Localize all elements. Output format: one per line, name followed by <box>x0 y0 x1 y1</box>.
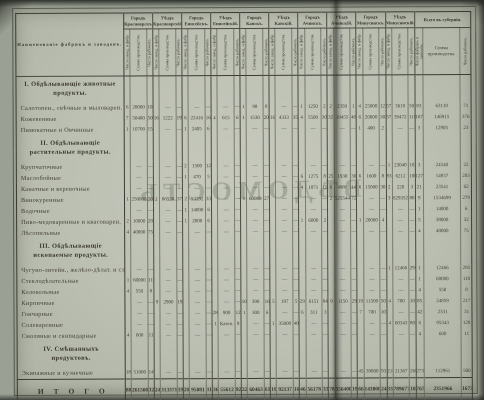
value-cell: — <box>276 308 293 319</box>
value-cell: 1 <box>415 274 423 285</box>
value-cell: — <box>392 123 409 134</box>
row-label: Канатные и веревочные <box>16 184 124 195</box>
value-cell <box>334 75 351 102</box>
value-cell: 500 <box>461 366 472 378</box>
value-cell: — <box>218 183 235 194</box>
value-cell: — <box>160 275 177 286</box>
value-cell: 1871 <box>305 183 322 194</box>
subcolumn-header: Сумма производства. <box>304 28 321 75</box>
value-cell: — <box>189 227 206 238</box>
value-cell: 1 <box>415 204 423 215</box>
value-cell: 700 <box>364 307 381 318</box>
value-cell: — <box>306 319 323 330</box>
subcolumn-header: Сумма производства. <box>362 28 379 75</box>
value-cell: — <box>334 275 351 286</box>
value-cell: — <box>218 286 235 297</box>
value-cell: 1530 <box>247 113 264 124</box>
value-cell: — <box>334 227 351 238</box>
document-page: ВѢДОМОСТЬ Наименованіе фабрикъ и заводов… <box>12 6 478 396</box>
value-cell <box>392 75 409 102</box>
value-cell: — <box>335 319 352 330</box>
value-cell: 295 <box>461 263 472 274</box>
value-cell: 39800 <box>364 366 381 378</box>
value-cell <box>131 341 148 367</box>
value-cell: 60463 <box>248 378 265 400</box>
value-cell: 600 <box>424 329 461 340</box>
subcolumn-header: Сумма производства. <box>217 29 234 76</box>
value-cell: 23 <box>460 123 471 134</box>
value-cell: — <box>247 183 264 194</box>
column-group-header: Городъ Ачинскъ. <box>298 12 327 28</box>
value-cell: 66530 <box>160 194 177 205</box>
value-cell: — <box>276 172 293 183</box>
value-cell: — <box>160 172 177 183</box>
name-column-header: Наименованіе фабрикъ и заводовъ. <box>16 13 124 76</box>
value-cell: — <box>247 205 264 216</box>
row-label: Крупчаточные <box>16 162 124 173</box>
value-cell <box>364 340 381 366</box>
value-cell: — <box>276 264 293 275</box>
value-cell: — <box>218 161 235 172</box>
value-cell: — <box>247 172 264 183</box>
row-label: Экипажные и кузнечные <box>17 368 125 380</box>
value-cell: 2405 <box>188 124 205 135</box>
value-cell: 20000 <box>363 215 380 226</box>
subcolumn-header-label: Число рабочихъ. <box>351 37 355 65</box>
subcolumn-header: Сумма производства. <box>246 28 263 75</box>
value-cell <box>461 340 472 366</box>
value-cell: — <box>393 285 410 296</box>
value-cell: — <box>160 308 177 319</box>
value-cell: 19455 <box>334 113 351 124</box>
value-cell: — <box>305 161 322 172</box>
value-cell: 23040 <box>392 160 409 171</box>
subcolumn-header: Сумма производства. <box>392 28 409 75</box>
value-cell <box>392 237 409 263</box>
value-cell <box>363 237 380 263</box>
value-cell: 4980 <box>334 183 351 194</box>
value-cell <box>306 341 323 367</box>
value-cell: 39472 <box>392 112 409 123</box>
subcolumn-header-label: Число рабочихъ. <box>235 38 239 66</box>
value-cell <box>276 135 293 161</box>
value-cell: — <box>363 204 380 215</box>
value-cell: — <box>188 102 205 113</box>
value-cell: — <box>335 330 352 341</box>
value-cell: — <box>305 286 322 297</box>
value-cell: 1150 <box>335 297 352 308</box>
value-cell: 2900 <box>160 297 177 308</box>
value-cell: — <box>218 264 235 275</box>
value-cell: — <box>189 308 206 319</box>
section-title-row: II. Обдѣлывающіе растительные продукты. <box>16 134 471 162</box>
value-cell: 767 <box>416 378 424 400</box>
subcolumn-header-label: Число рабочихъ. <box>463 37 467 65</box>
value-cell: 85 <box>416 296 424 307</box>
value-cell: 3 <box>415 160 423 171</box>
subcolumn-header: Число фабрикъ и заводовъ. <box>414 28 423 75</box>
subcolumn-header: Число завод. и фабр. <box>211 29 217 76</box>
value-cell: 55612 <box>219 379 236 400</box>
value-cell: — <box>160 330 177 341</box>
value-cell: 60000 <box>424 274 461 285</box>
value-cell <box>189 135 206 161</box>
value-cell <box>130 76 147 103</box>
value-cell: — <box>160 227 177 238</box>
value-cell <box>415 75 423 102</box>
value-cell: — <box>160 367 177 379</box>
subcolumn-header-label: Сумма производства. <box>398 33 402 69</box>
value-cell: 10000 <box>131 216 148 227</box>
value-cell: 112961 <box>424 366 461 378</box>
subcolumn-header-label: Число завод. и фабр. <box>212 35 216 70</box>
value-cell: 24859 <box>424 296 461 307</box>
subcolumn-header-label: Сумма производства. <box>423 45 459 57</box>
value-cell <box>305 135 322 161</box>
subcolumn-header-label: Число завод. и фабр. <box>183 35 187 70</box>
value-cell: 261500 <box>131 379 148 400</box>
subcolumn-header-label: Число рабочихъ. <box>293 38 297 66</box>
subcolumn-header: Сумма производства. <box>275 28 292 75</box>
value-cell: — <box>392 204 409 215</box>
value-cell: 14000 <box>423 204 460 215</box>
value-cell: — <box>306 367 323 379</box>
value-cell <box>416 340 424 366</box>
value-cell <box>304 75 321 102</box>
row-label: Маслобойные <box>16 173 124 184</box>
value-cell: — <box>276 183 293 194</box>
value-cell: 42 <box>416 307 424 318</box>
subcolumn-header-label: Число рабочихъ. <box>409 37 413 65</box>
value-cell: 4 <box>416 329 424 340</box>
value-cell: 2350 <box>334 102 351 113</box>
value-cell: 32 <box>461 215 472 226</box>
subcolumn-header-label: Сумма производства. <box>369 33 373 69</box>
subcolumn-header: Сумма производства. <box>423 28 461 75</box>
subcolumn-header-label: Число рабочихъ. <box>264 38 268 66</box>
value-cell: — <box>160 183 177 194</box>
value-cell: — <box>218 216 235 227</box>
value-cell <box>247 135 264 161</box>
value-cell <box>189 238 206 264</box>
value-cell: 2331 <box>424 307 461 318</box>
value-cell: 390 <box>247 297 264 308</box>
value-cell: — <box>364 285 381 296</box>
value-cell <box>305 238 322 264</box>
value-cell: — <box>159 102 176 113</box>
column-group-header: Уѣздъ Ачинскій. <box>327 12 356 28</box>
value-cell: 311 <box>306 308 323 319</box>
row-label: Лѣсопильные <box>17 228 125 239</box>
value-cell <box>334 135 351 161</box>
value-cell: — <box>189 183 206 194</box>
value-cell <box>415 237 423 263</box>
value-cell: — <box>393 329 410 340</box>
value-cell: 6151 <box>305 297 322 308</box>
value-cell: 22416 <box>188 113 205 124</box>
value-cell: — <box>364 274 381 285</box>
value-cell: — <box>160 319 177 330</box>
value-cell: 38000 <box>423 215 460 226</box>
row-label: Винокуренные <box>16 195 124 206</box>
subcolumn-header-label: Число рабочихъ. <box>380 37 384 65</box>
value-cell <box>159 76 176 103</box>
value-cell: 6 <box>416 318 424 329</box>
value-cell: — <box>276 205 293 216</box>
value-cell: — <box>218 227 235 238</box>
value-cell: 95343 <box>424 318 461 329</box>
row-label: Смоляные и скипидарные <box>17 331 125 342</box>
value-cell: — <box>131 183 148 194</box>
value-cell: 40000 <box>131 227 148 238</box>
value-cell: 197 <box>276 297 293 308</box>
value-cell: — <box>189 275 206 286</box>
value-cell: 4 <box>415 226 423 237</box>
value-cell <box>423 75 460 102</box>
value-cell: 12905 <box>423 123 460 134</box>
value-cell: — <box>247 124 264 135</box>
value-cell: — <box>160 205 177 216</box>
value-cell: 75 <box>461 226 472 237</box>
column-group-header: Городъ Канскъ. <box>240 12 269 28</box>
total-row-label: И Т О Г О <box>17 379 125 400</box>
value-cell: 1600 <box>363 171 380 182</box>
column-group-header: Городъ Красноярскъ. <box>124 13 153 29</box>
row-label: Кирпичные <box>17 298 125 309</box>
value-cell: 789677 <box>393 378 410 400</box>
value-cell <box>219 341 236 367</box>
value-cell: 146915 <box>423 112 460 123</box>
value-cell: 9 <box>415 193 423 204</box>
value-cell: — <box>131 172 148 183</box>
value-cell <box>393 340 410 366</box>
value-cell: — <box>247 275 264 286</box>
value-cell: — <box>363 160 380 171</box>
value-cell: 98 <box>247 102 264 113</box>
value-cell: 900 <box>218 308 235 319</box>
value-cell <box>460 75 471 102</box>
value-cell: — <box>276 216 293 227</box>
subcolumn-header: Число завод. и фабр. <box>124 29 130 76</box>
column-group-header: Всего въ губерніи. <box>414 12 470 28</box>
value-cell: 250000 <box>131 194 148 205</box>
value-cell: 313371 <box>161 379 178 400</box>
value-cell: — <box>334 205 351 216</box>
value-cell: 2000 <box>189 216 206 227</box>
value-cell: — <box>393 307 410 318</box>
value-cell: 600 <box>131 330 148 341</box>
value-cell: Казен. <box>218 319 235 330</box>
value-cell: — <box>131 264 148 275</box>
value-cell: 53292 <box>189 194 206 205</box>
value-cell: — <box>160 264 177 275</box>
value-cell: 14937 <box>423 171 460 182</box>
row-label: Гончарные <box>17 309 125 320</box>
value-cell: 629352 <box>392 193 409 204</box>
subcolumn-header-label: Число завод. и фабр. <box>241 34 245 69</box>
value-cell: 24540 <box>423 160 460 171</box>
value-cell <box>277 341 294 367</box>
section-title-row: III. Обдѣлывающіе ископаемые продукты. <box>17 237 472 265</box>
value-cell: 71 <box>460 101 471 112</box>
value-cell: — <box>392 215 409 226</box>
value-cell: — <box>218 275 235 286</box>
value-cell: 127 <box>415 171 423 182</box>
value-cell: 63110 <box>423 101 460 112</box>
value-cell: 23541 <box>423 182 460 193</box>
value-cell: — <box>334 286 351 297</box>
value-cell: — <box>363 226 380 237</box>
value-cell: — <box>218 194 235 205</box>
value-cell: 4333 <box>276 113 293 124</box>
value-cell: — <box>335 367 352 379</box>
value-cell: 22 <box>461 160 472 171</box>
value-cell <box>276 238 293 264</box>
value-cell <box>363 134 380 160</box>
scanned-photo-background: ВѢДОМОСТЬ Наименованіе фабрикъ и заводов… <box>0 0 484 400</box>
subcolumn-header: Сумма производства. <box>333 28 350 75</box>
value-cell: 3610 <box>392 101 409 112</box>
row-label: Колокольные <box>17 287 125 298</box>
value-cell: 5500 <box>305 113 322 124</box>
value-cell <box>335 341 352 367</box>
value-cell <box>217 76 234 103</box>
column-group-header: Городъ Минусинскъ. <box>356 12 385 28</box>
value-cell: — <box>363 193 380 204</box>
section-title: IV. Смѣшанныхъ продуктовъ. <box>17 342 125 368</box>
value-cell: 92137 <box>277 378 294 400</box>
row-label: Стеклодѣлательные <box>17 276 125 287</box>
section-title: II. Обдѣлывающіе растительные продукты. <box>16 136 124 162</box>
subcolumn-header: Число завод. и фабр. <box>269 28 275 75</box>
value-cell: 95081 <box>190 379 207 400</box>
subcolumn-header-label: Сумма производства. <box>252 34 256 70</box>
value-cell: — <box>218 330 235 341</box>
value-cell <box>275 75 292 102</box>
subcolumn-header: Сумма производства. <box>130 29 147 76</box>
value-cell <box>131 238 148 264</box>
row-label: Пиво-медоваренные и квасоварен. <box>17 217 125 228</box>
value-cell <box>415 134 423 160</box>
value-cell: 300 <box>247 308 264 319</box>
value-cell: 1250 <box>305 102 322 113</box>
value-cell: — <box>276 194 293 205</box>
subcolumn-header-label: Число завод. и фабр. <box>299 34 303 69</box>
value-cell: — <box>189 330 206 341</box>
value-cell: — <box>189 264 206 275</box>
value-cell: — <box>247 319 264 330</box>
value-cell <box>334 238 351 264</box>
value-cell: — <box>189 319 206 330</box>
value-cell <box>460 134 471 160</box>
value-cell: 8 <box>461 285 472 296</box>
value-cell: — <box>218 172 235 183</box>
subcolumn-header-label: Сумма производства. <box>281 34 285 70</box>
value-cell: 1534699 <box>423 193 460 204</box>
value-cell: 273 <box>416 366 424 378</box>
value-cell: 550 <box>131 286 148 297</box>
value-cell: 1500 <box>189 161 206 172</box>
value-cell: 376 <box>460 112 471 123</box>
subcolumn-header-label: Сумма производства. <box>340 34 344 70</box>
value-cell: — <box>131 297 148 308</box>
value-cell <box>423 134 460 160</box>
subcolumn-header-label: Сумма производства. <box>311 34 315 70</box>
value-cell: — <box>276 102 293 113</box>
value-cell: 56178 <box>306 378 323 400</box>
value-cell: — <box>363 263 380 274</box>
value-cell: — <box>159 124 176 135</box>
value-cell: — <box>306 330 323 341</box>
value-cell: 3 <box>415 123 423 134</box>
value-cell <box>424 237 461 263</box>
value-cell: 6212 <box>392 171 409 182</box>
column-group-header: Уѣздъ Красноярскій. <box>153 13 182 29</box>
value-cell: 40000 <box>424 226 461 237</box>
subcolumn-header-label: Число завод. и фабр. <box>270 34 274 69</box>
value-cell: 4 <box>415 285 423 296</box>
value-cell <box>130 135 147 161</box>
value-cell: — <box>131 161 148 172</box>
value-cell: — <box>247 286 264 297</box>
value-cell: 6 <box>461 204 472 215</box>
value-cell: 2351966 <box>424 378 461 400</box>
value-cell: 83 <box>415 101 423 112</box>
value-cell: 51000 <box>131 367 148 379</box>
value-cell: 1673 <box>462 378 473 400</box>
value-cell: — <box>364 329 381 340</box>
value-cell: 1275 <box>305 172 322 183</box>
value-cell: 14000 <box>189 205 206 216</box>
value-cell <box>218 238 235 264</box>
subcolumn-header: Число завод. и фабр. <box>240 28 246 75</box>
value-cell: — <box>219 367 236 379</box>
subcolumn-header-label: Число завод. и фабр. <box>125 35 129 70</box>
subcolumn-header: Сумма производства. <box>159 29 176 76</box>
value-cell: 62 <box>461 182 472 193</box>
value-cell: 60000 <box>247 194 264 205</box>
value-cell <box>188 76 205 103</box>
subcolumn-header-label: Число фабрикъ и заводовъ. <box>415 29 423 73</box>
subcolumn-header: Число завод. и фабр. <box>182 29 188 76</box>
value-cell: — <box>393 274 410 285</box>
row-label: Водочные <box>17 206 125 217</box>
column-group-header: Городъ Енисейскъ. <box>182 13 211 29</box>
subcolumn-header-label: Число завод. и фабр. <box>386 34 390 69</box>
value-cell: — <box>364 318 381 329</box>
value-cell: — <box>334 124 351 135</box>
value-cell: 12466 <box>424 263 461 274</box>
subcolumn-header: Сумма производства. <box>188 29 205 76</box>
subcolumn-header-label: Сумма производства. <box>136 34 140 70</box>
value-cell: — <box>131 319 148 330</box>
value-cell: — <box>218 124 235 135</box>
row-label: Салотопен., свѣчные и мыловарен. <box>16 103 124 114</box>
value-cell: — <box>334 216 351 227</box>
value-cell: — <box>189 286 206 297</box>
value-cell: — <box>160 286 177 297</box>
value-cell: 15000 <box>363 182 380 193</box>
value-cell <box>246 75 263 102</box>
value-cell: 217 <box>461 296 472 307</box>
value-cell: — <box>392 226 409 237</box>
value-cell: 31 <box>461 307 472 318</box>
value-cell: 615 <box>218 113 235 124</box>
value-cell <box>247 238 264 264</box>
value-cell: 5 <box>415 215 423 226</box>
column-group-header: Уѣздъ Минусинскій. <box>385 12 414 28</box>
subcolumn-header-label: Число рабочихъ. <box>148 38 152 66</box>
